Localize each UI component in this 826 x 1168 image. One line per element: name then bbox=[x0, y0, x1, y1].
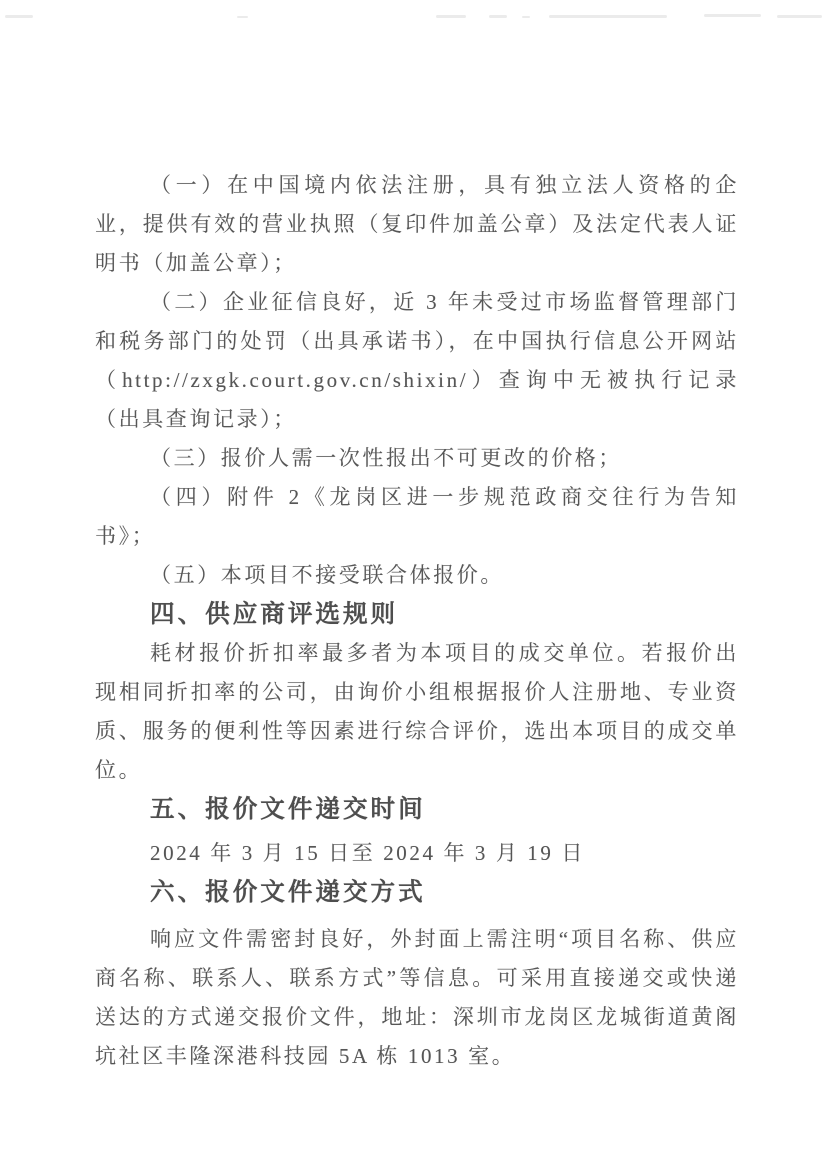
scan-artifact-dash bbox=[704, 14, 761, 17]
clause-item-2: （二）企业征信良好，近 3 年未受过市场监督管理部门和税务部门的处罚（出具承诺书… bbox=[95, 283, 739, 439]
scan-artifact-dash bbox=[777, 15, 822, 18]
clause-item-4: （四）附件 2《龙岗区进一步规范政商交往行为告知书》； bbox=[95, 478, 739, 556]
scan-artifact-dash bbox=[5, 15, 33, 18]
submission-method-paragraph: 响应文件需密封良好，外封面上需注明“项目名称、供应商名称、联系人、联系方式”等信… bbox=[95, 920, 739, 1076]
clause-item-5: （五）本项目不接受联合体报价。 bbox=[95, 556, 739, 595]
submission-date-range: 2024 年 3 月 15 日至 2024 年 3 月 19 日 bbox=[95, 834, 739, 873]
page-background: （一）在中国境内依法注册，具有独立法人资格的企业，提供有效的营业执照（复印件加盖… bbox=[0, 0, 826, 1168]
section-heading-4: 四、供应商评选规则 bbox=[95, 595, 739, 634]
document-body: （一）在中国境内依法注册，具有独立法人资格的企业，提供有效的营业执照（复印件加盖… bbox=[95, 166, 739, 1076]
scan-artifact-dash bbox=[237, 16, 248, 18]
clause-item-3: （三）报价人需一次性报出不可更改的价格； bbox=[95, 439, 739, 478]
section-heading-5: 五、报价文件递交时间 bbox=[95, 790, 739, 829]
scan-artifact-dash bbox=[436, 15, 466, 18]
scan-artifact-dash bbox=[489, 15, 507, 18]
selection-rule-paragraph: 耗材报价折扣率最多者为本项目的成交单位。若报价出现相同折扣率的公司，由询价小组根… bbox=[95, 634, 739, 790]
section-heading-6: 六、报价文件递交方式 bbox=[95, 873, 739, 912]
scanned-document-page: { "page": { "width": 826, "height": 1168… bbox=[0, 0, 826, 1168]
scan-artifact-dash bbox=[522, 16, 530, 18]
clause-item-1: （一）在中国境内依法注册，具有独立法人资格的企业，提供有效的营业执照（复印件加盖… bbox=[95, 166, 739, 283]
scan-artifact-dash bbox=[549, 15, 667, 18]
